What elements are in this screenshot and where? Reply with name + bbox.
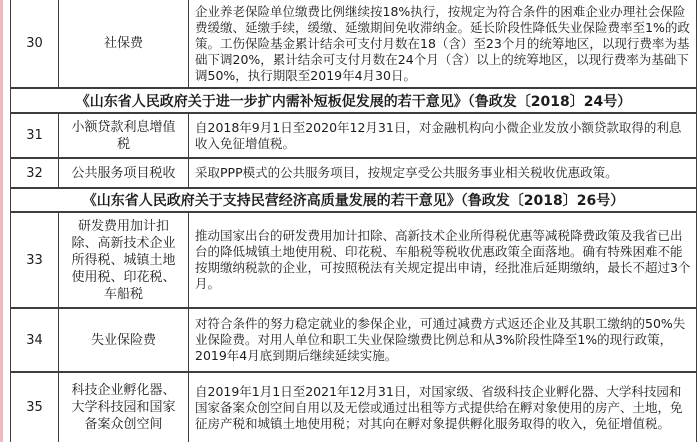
table-row: 33 研发费用加计扣除、高新技术企业所得税、城镇土地使用税、印花税、车船税 推动…: [11, 212, 697, 308]
section-title: 《山东省人民政府关于支持民营经济高质量发展的若干意见》（鲁政发〔2018〕26号…: [11, 188, 697, 212]
policy-content-cell: 推动国家出台的研发费用加计扣除、高新技术企业所得税优惠等减税降费政策及我省已出台…: [189, 212, 697, 308]
table-row: 30 社保费 企业养老保险单位缴费比例继续按18%执行，按规定为符合条件的困难企…: [11, 0, 697, 88]
table-row: 32 公共服务项目税收 采取PPP模式的公共服务项目，按规定享受公共服务事业相关…: [11, 158, 697, 188]
policy-content-cell: 自2019年1月1日至2021年12月31日，对国家级、省级科技企业孵化器、大学…: [189, 372, 697, 442]
policy-name-cell: 公共服务项目税收: [59, 158, 189, 188]
policy-content-cell: 采取PPP模式的公共服务项目，按规定享受公共服务事业相关税收优惠政策。: [189, 158, 697, 188]
row-number-cell: 30: [11, 0, 59, 88]
table-row: 34 失业保险费 对符合条件的努力稳定就业的参保企业，可通过减费方式返还企业及其…: [11, 308, 697, 372]
row-number-cell: 32: [11, 158, 59, 188]
page-edge-stripe: [0, 0, 3, 442]
row-number-cell: 33: [11, 212, 59, 308]
document-page: 30 社保费 企业养老保险单位缴费比例继续按18%执行，按规定为符合条件的困难企…: [0, 0, 700, 442]
policy-name-cell: 社保费: [59, 0, 189, 88]
policy-name-cell: 研发费用加计扣除、高新技术企业所得税、城镇土地使用税、印花税、车船税: [59, 212, 189, 308]
table-row: 35 科技企业孵化器、大学科技园和国家备案众创空间 自2019年1月1日至202…: [11, 372, 697, 442]
section-header-row: 《山东省人民政府关于支持民营经济高质量发展的若干意见》（鲁政发〔2018〕26号…: [11, 188, 697, 212]
table-row: 31 小额贷款利息增值税 自2018年9月1日至2020年12月31日，对金融机…: [11, 113, 697, 158]
section-header-row: 《山东省人民政府关于进一步扩内需补短板促发展的若干意见》（鲁政发〔2018〕24…: [11, 88, 697, 113]
policy-name-cell: 失业保险费: [59, 308, 189, 372]
policy-content-cell: 自2018年9月1日至2020年12月31日，对金融机构向小微企业发放小额贷款取…: [189, 113, 697, 158]
row-number-cell: 31: [11, 113, 59, 158]
row-number-cell: 35: [11, 372, 59, 442]
policy-name-cell: 小额贷款利息增值税: [59, 113, 189, 158]
policy-name-cell: 科技企业孵化器、大学科技园和国家备案众创空间: [59, 372, 189, 442]
policy-content-cell: 企业养老保险单位缴费比例继续按18%执行，按规定为符合条件的困难企业办理社会保险…: [189, 0, 697, 88]
policy-content-cell: 对符合条件的努力稳定就业的参保企业，可通过减费方式返还企业及其职工缴纳的50%失…: [189, 308, 697, 372]
section-title: 《山东省人民政府关于进一步扩内需补短板促发展的若干意见》（鲁政发〔2018〕24…: [11, 88, 697, 113]
policy-table: 30 社保费 企业养老保险单位缴费比例继续按18%执行，按规定为符合条件的困难企…: [10, 0, 697, 442]
row-number-cell: 34: [11, 308, 59, 372]
